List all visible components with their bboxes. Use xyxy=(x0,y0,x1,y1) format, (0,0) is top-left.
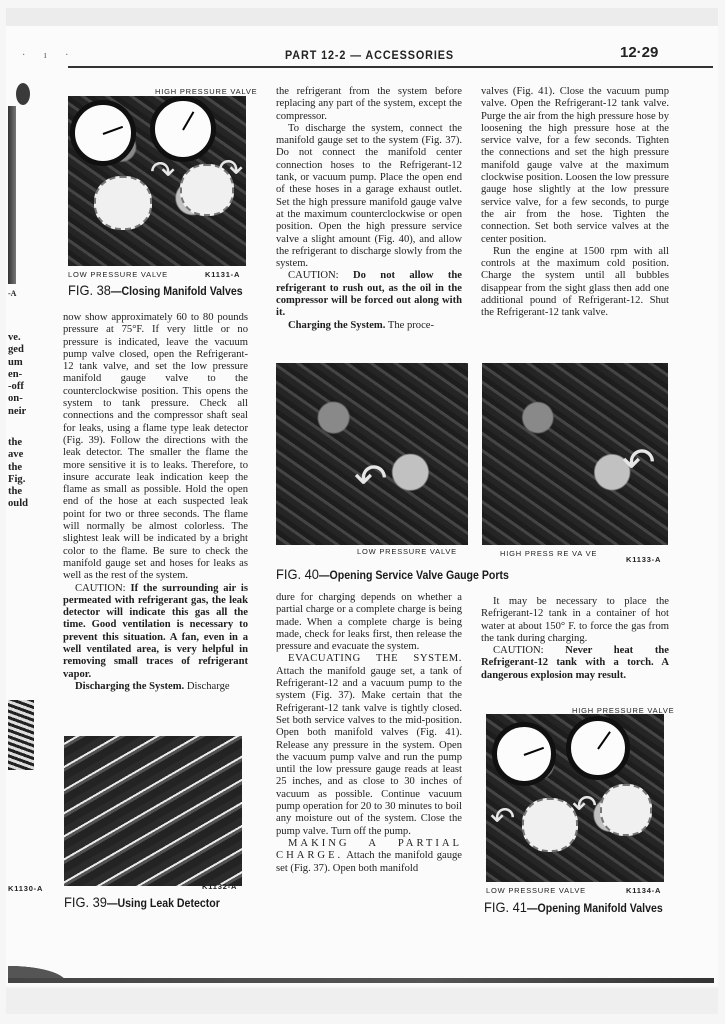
clockwise-arrow-icon: ↷ xyxy=(218,156,243,186)
high-pressure-valve-knob-icon xyxy=(600,784,652,836)
fig38-high-pressure-label: HIGH PRESSURE VALVE xyxy=(155,87,257,96)
low-pressure-valve-knob-icon xyxy=(522,798,578,852)
paragraph: To discharge the system, connect the man… xyxy=(276,123,462,271)
fig39-code: K1132-A xyxy=(202,882,237,891)
fig40-photo-low-pressure-port: ↶ xyxy=(276,363,468,545)
fig41-code: K1134-A xyxy=(626,886,661,895)
fig41-photo-manifold-gauges: ↶ ↶ xyxy=(486,714,664,882)
adjacent-page-text-a: ve. ged um en- -off on- neir xyxy=(8,332,26,418)
low-pressure-gauge-icon xyxy=(492,722,556,786)
fig38-caption: FIG. 38—Closing Manifold Valves xyxy=(68,282,243,298)
binding-hole-mark xyxy=(16,83,30,105)
fig41-low-pressure-label: LOW PRESSURE VALVE xyxy=(486,886,586,895)
adjacent-page-text-b: the ave the Fig. the ould xyxy=(8,437,28,511)
page-header-title: PART 12-2 — ACCESSORIES xyxy=(285,48,454,62)
fig40-high-pressure-label: HIGH PRESS RE VA VE xyxy=(500,549,597,558)
fig40-low-pressure-label: LOW PRESSURE VALVE xyxy=(357,547,457,556)
fig39-caption: FIG. 39—Using Leak Detector xyxy=(64,894,220,910)
fig38-low-pressure-label: LOW PRESSURE VALVE xyxy=(68,270,168,279)
adjacent-page-label: -A xyxy=(8,288,16,300)
bottom-rule xyxy=(8,978,714,983)
counterclockwise-arrow-icon: ↶ xyxy=(572,792,597,822)
high-pressure-gauge-icon xyxy=(566,716,630,780)
column-2-text: the refrigerant from the system before r… xyxy=(276,86,462,332)
fig39-photo-leak-detector xyxy=(64,736,242,886)
fig38-photo-manifold-gauges: ↷ ↷ xyxy=(68,96,246,266)
column-2-lower-text: dure for charging depends on whether a p… xyxy=(276,592,462,875)
scan-top-band xyxy=(6,8,718,26)
adjacent-page-image-strip xyxy=(8,106,16,284)
adjacent-page-figure-code: K1130-A xyxy=(8,884,43,893)
margin-marks: · ı · xyxy=(22,50,76,61)
caution-paragraph: CAUTION: If the surrounding air is perme… xyxy=(63,583,248,681)
adjacent-page-illustration xyxy=(8,700,34,770)
counterclockwise-arrow-icon: ↶ xyxy=(490,804,515,834)
scan-bottom-band xyxy=(6,988,718,1014)
section-evacuating: EVACUATING THE SYSTEM. Attach the manifo… xyxy=(276,653,462,837)
paragraph: now show approximately 60 to 80 pounds p… xyxy=(63,312,248,583)
section-heading-charging: Charging the System. The proce- xyxy=(276,320,462,332)
fig38-code: K1131-A xyxy=(205,270,240,279)
paragraph: the refrigerant from the system before r… xyxy=(276,86,462,123)
fig40-photo-high-pressure-port: ↶ xyxy=(482,363,668,545)
high-pressure-gauge-icon xyxy=(150,96,216,162)
counterclockwise-arrow-icon: ↶ xyxy=(354,459,388,499)
header-rule xyxy=(68,66,713,68)
caution-paragraph: CAUTION: Do not allow the refrigerant to… xyxy=(276,270,462,319)
column-3-text: valves (Fig. 41). Close the vacuum pump … xyxy=(481,86,669,320)
paragraph: valves (Fig. 41). Close the vacuum pump … xyxy=(481,86,669,246)
section-partial-charge: MAKING A PARTIAL CHARGE. Attach the mani… xyxy=(276,838,462,875)
fig40-caption: FIG. 40—Opening Service Valve Gauge Port… xyxy=(276,566,509,582)
low-pressure-gauge-icon xyxy=(70,100,136,166)
paragraph: It may be necessary to place the Refrige… xyxy=(481,596,669,645)
page-number: 12·29 xyxy=(620,44,658,61)
clockwise-arrow-icon: ↷ xyxy=(150,158,175,188)
column-3-lower-text: It may be necessary to place the Refrige… xyxy=(481,596,669,682)
paragraph: dure for charging depends on whether a p… xyxy=(276,592,462,653)
fig41-caption: FIG. 41—Opening Manifold Valves xyxy=(484,899,663,915)
section-heading-discharging: Discharging the System. Discharge xyxy=(63,681,248,693)
low-pressure-valve-knob-icon xyxy=(94,176,152,230)
caution-paragraph: CAUTION: Never heat the Refrigerant-12 t… xyxy=(481,645,669,682)
paragraph: Run the engine at 1500 rpm with all cont… xyxy=(481,246,669,320)
counterclockwise-arrow-icon: ↶ xyxy=(622,443,656,483)
fig40-code: K1133-A xyxy=(626,555,661,564)
column-1-text: now show approximately 60 to 80 pounds p… xyxy=(63,312,248,693)
